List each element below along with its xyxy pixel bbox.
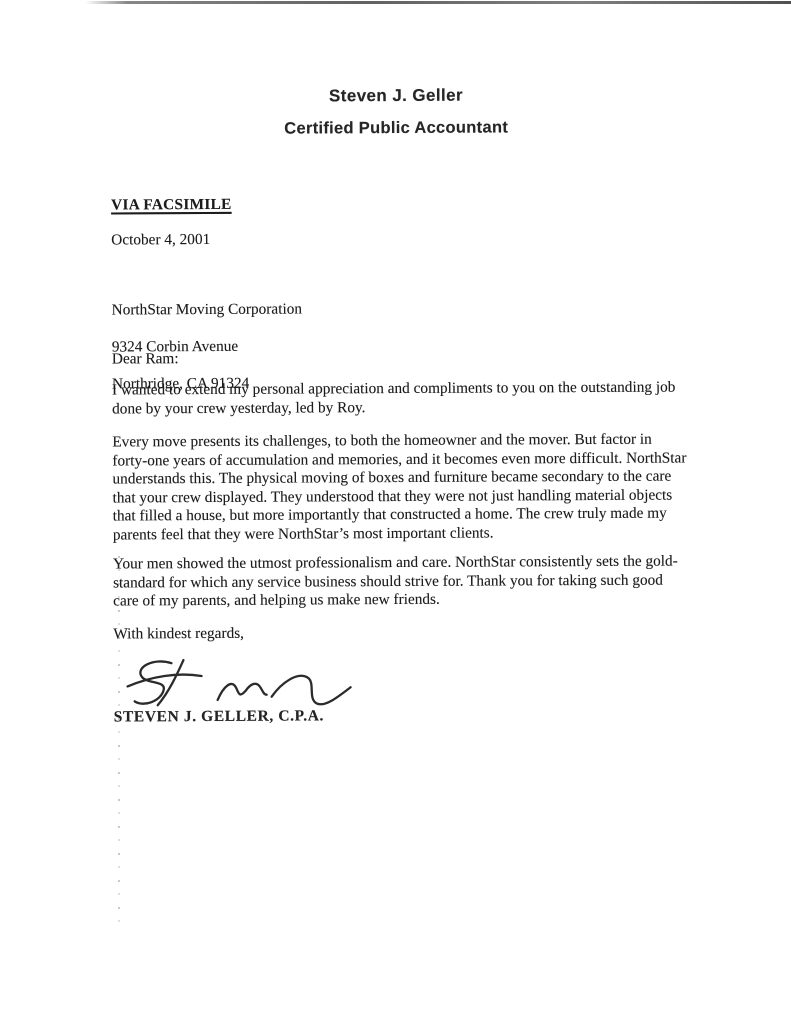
paragraph-3: Your men showed the utmost professionali…	[113, 552, 691, 611]
salutation: Dear Ram:	[112, 347, 690, 369]
via-facsimile-text: VIA FACSIMILE	[111, 196, 232, 214]
paragraph-2: Every move presents its challenges, to b…	[112, 430, 691, 545]
letter-date: October 4, 2001	[111, 228, 689, 250]
letterhead: Steven J. Geller Certified Public Accoun…	[0, 84, 791, 140]
typed-signature-name: STEVEN J. GELLER, C.P.A.	[114, 705, 692, 727]
letter-content: Steven J. Geller Certified Public Accoun…	[0, 0, 791, 1024]
paragraph-1: I wanted to extend my personal appreciat…	[112, 378, 690, 418]
letterhead-name: Steven J. Geller	[0, 84, 791, 108]
closing-line: With kindest regards,	[113, 622, 691, 644]
via-facsimile-label: VIA FACSIMILE	[111, 193, 689, 215]
handwritten-signature-icon	[119, 650, 355, 715]
letterhead-title: Certified Public Accountant	[1, 117, 791, 140]
scanned-letter-page: Steven J. Geller Certified Public Accoun…	[0, 0, 791, 1024]
recipient-company: NorthStar Moving Corporation	[112, 298, 690, 320]
